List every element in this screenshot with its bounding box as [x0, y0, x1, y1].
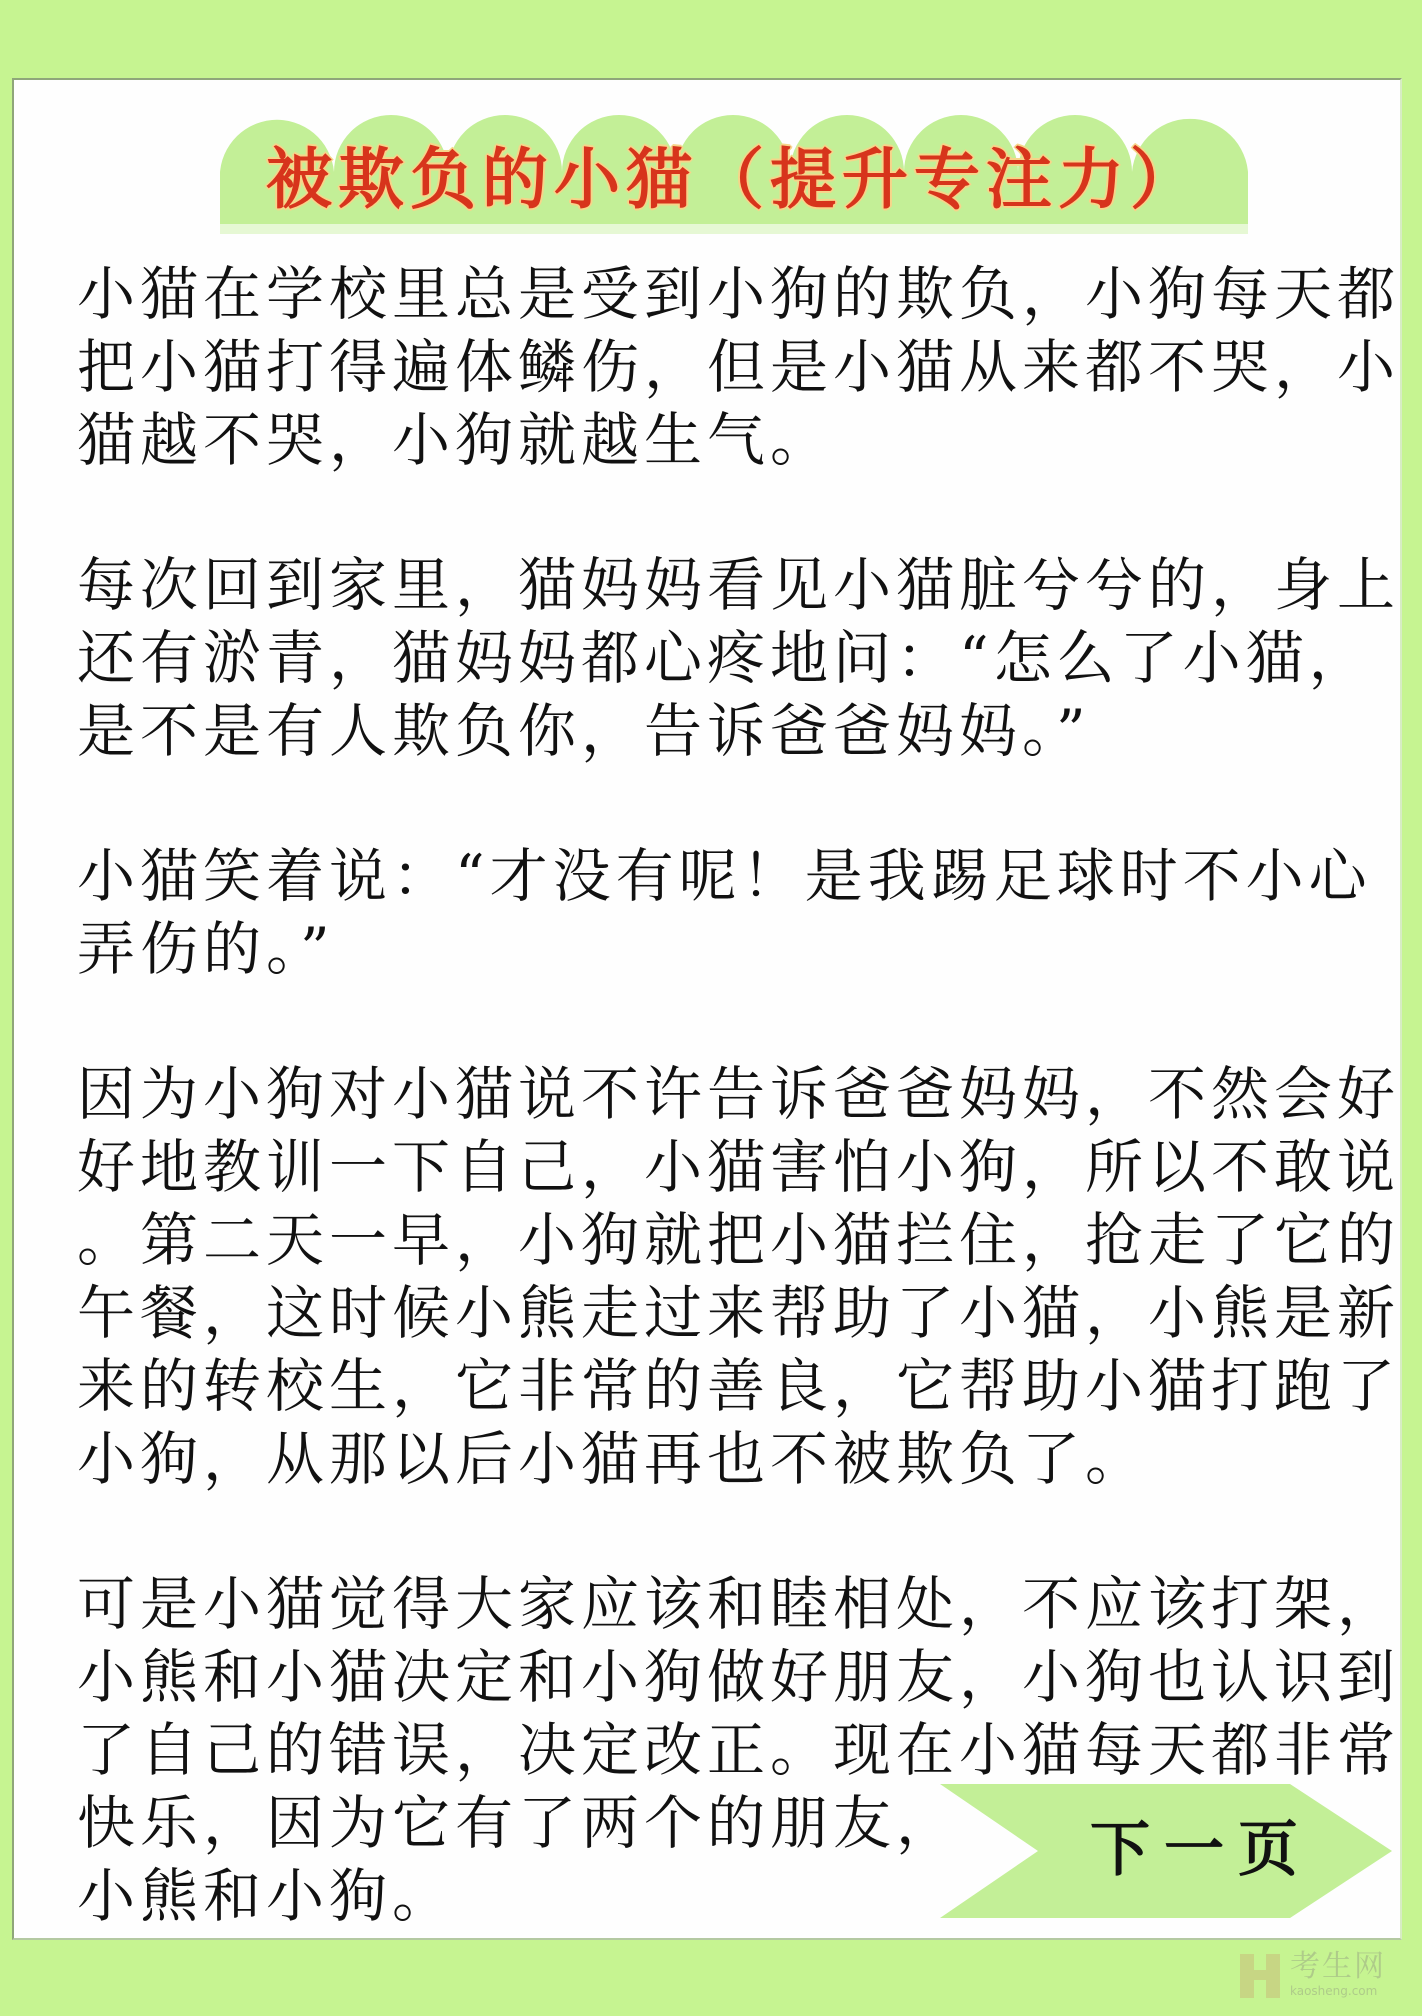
- text-line: 是不是有人欺负你，告诉爸爸妈妈。”: [77, 695, 1377, 768]
- watermark: 考生网 kaosheng.com: [1240, 1950, 1420, 2010]
- text-line: 小猫笑着说：“才没有呢！是我踢足球时不小心: [77, 840, 1377, 913]
- text-line: 小狗，从那以后小猫再也不被欺负了。: [77, 1423, 1377, 1496]
- kaosheng-logo-icon: [1240, 1954, 1280, 1998]
- next-page-label: 下一页: [1090, 1812, 1312, 1888]
- title-banner: 被欺负的小猫（提升专注力）: [220, 112, 1248, 234]
- watermark-text-en: kaosheng.com: [1290, 1984, 1377, 1998]
- text-line: 小猫在学校里总是受到小狗的欺负，小狗每天都: [77, 258, 1377, 331]
- text-line: 弄伤的。”: [77, 913, 1377, 986]
- text-line: 还有淤青，猫妈妈都心疼地问：“怎么了小猫，: [77, 622, 1377, 695]
- paragraph-2: 每次回到家里，猫妈妈看见小猫脏兮兮的，身上 还有淤青，猫妈妈都心疼地问：“怎么了…: [77, 549, 1377, 768]
- page-title: 被欺负的小猫（提升专注力）: [220, 140, 1248, 220]
- paragraph-1: 小猫在学校里总是受到小狗的欺负，小狗每天都 把小猫打得遍体鳞伤，但是小猫从来都不…: [77, 258, 1377, 477]
- text-line: 把小猫打得遍体鳞伤，但是小猫从来都不哭，小: [77, 331, 1377, 404]
- text-line: 可是小猫觉得大家应该和睦相处，不应该打架，: [77, 1568, 1377, 1641]
- text-line: 了自己的错误，决定改正。现在小猫每天都非常: [77, 1714, 1377, 1787]
- text-line: 小熊和小猫决定和小狗做好朋友，小狗也认识到: [77, 1641, 1377, 1714]
- next-page-button[interactable]: 下一页: [940, 1782, 1392, 1920]
- text-line: 。第二天一早，小狗就把小猫拦住，抢走了它的: [77, 1204, 1377, 1277]
- text-line: 猫越不哭，小狗就越生气。: [77, 404, 1377, 477]
- text-line: 因为小狗对小猫说不许告诉爸爸妈妈，不然会好: [77, 1058, 1377, 1131]
- story-body: 小猫在学校里总是受到小狗的欺负，小狗每天都 把小猫打得遍体鳞伤，但是小猫从来都不…: [77, 258, 1377, 2005]
- text-line: 好地教训一下自己，小猫害怕小狗，所以不敢说: [77, 1131, 1377, 1204]
- text-line: 来的转校生，它非常的善良，它帮助小猫打跑了: [77, 1350, 1377, 1423]
- text-line: 午餐，这时候小熊走过来帮助了小猫，小熊是新: [77, 1277, 1377, 1350]
- paragraph-3: 小猫笑着说：“才没有呢！是我踢足球时不小心 弄伤的。”: [77, 840, 1377, 986]
- paragraph-4: 因为小狗对小猫说不许告诉爸爸妈妈，不然会好 好地教训一下自己，小猫害怕小狗，所以…: [77, 1058, 1377, 1496]
- watermark-text-cn: 考生网: [1290, 1950, 1386, 1984]
- text-line: 每次回到家里，猫妈妈看见小猫脏兮兮的，身上: [77, 549, 1377, 622]
